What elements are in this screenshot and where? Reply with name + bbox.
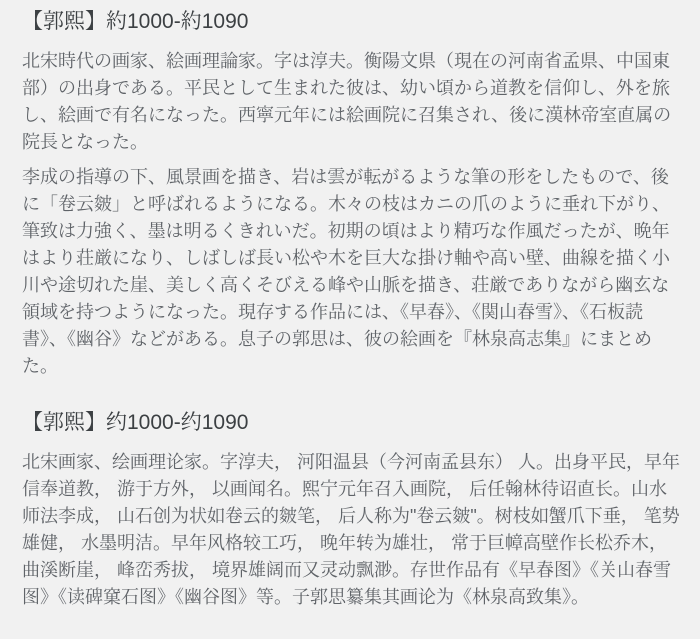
entry-chinese: 【郭熙】约1000-约1090 北宋画家、绘画理论家。字淳夫， 河阳温县（今河南… <box>22 410 680 611</box>
entry-title-chinese: 【郭熙】约1000-约1090 <box>22 410 680 436</box>
entry-paragraph-chinese-text: 北宋画家、绘画理论家。字淳夫， 河阳温县（今河南孟县东） 人。出身平民，早年信奉… <box>22 449 680 611</box>
entry-japanese: 【郭熙】約1000-約1090 北宋時代の画家、絵画理論家。字は淳夫。衡陽文県（… <box>22 9 680 380</box>
dictionary-page: 【郭熙】約1000-約1090 北宋時代の画家、絵画理論家。字は淳夫。衡陽文県（… <box>0 0 700 639</box>
entry-paragraph-style-works: 李成の指導の下、風景画を描き、岩は雲が転がるような筆の形をしたもので、後に「卷云… <box>22 164 680 380</box>
entry-title-japanese: 【郭熙】約1000-約1090 <box>22 9 680 35</box>
entry-paragraph-biography: 北宋時代の画家、絵画理論家。字は淳夫。衡陽文県（現在の河南省孟県、中国東部）の出… <box>22 48 680 156</box>
